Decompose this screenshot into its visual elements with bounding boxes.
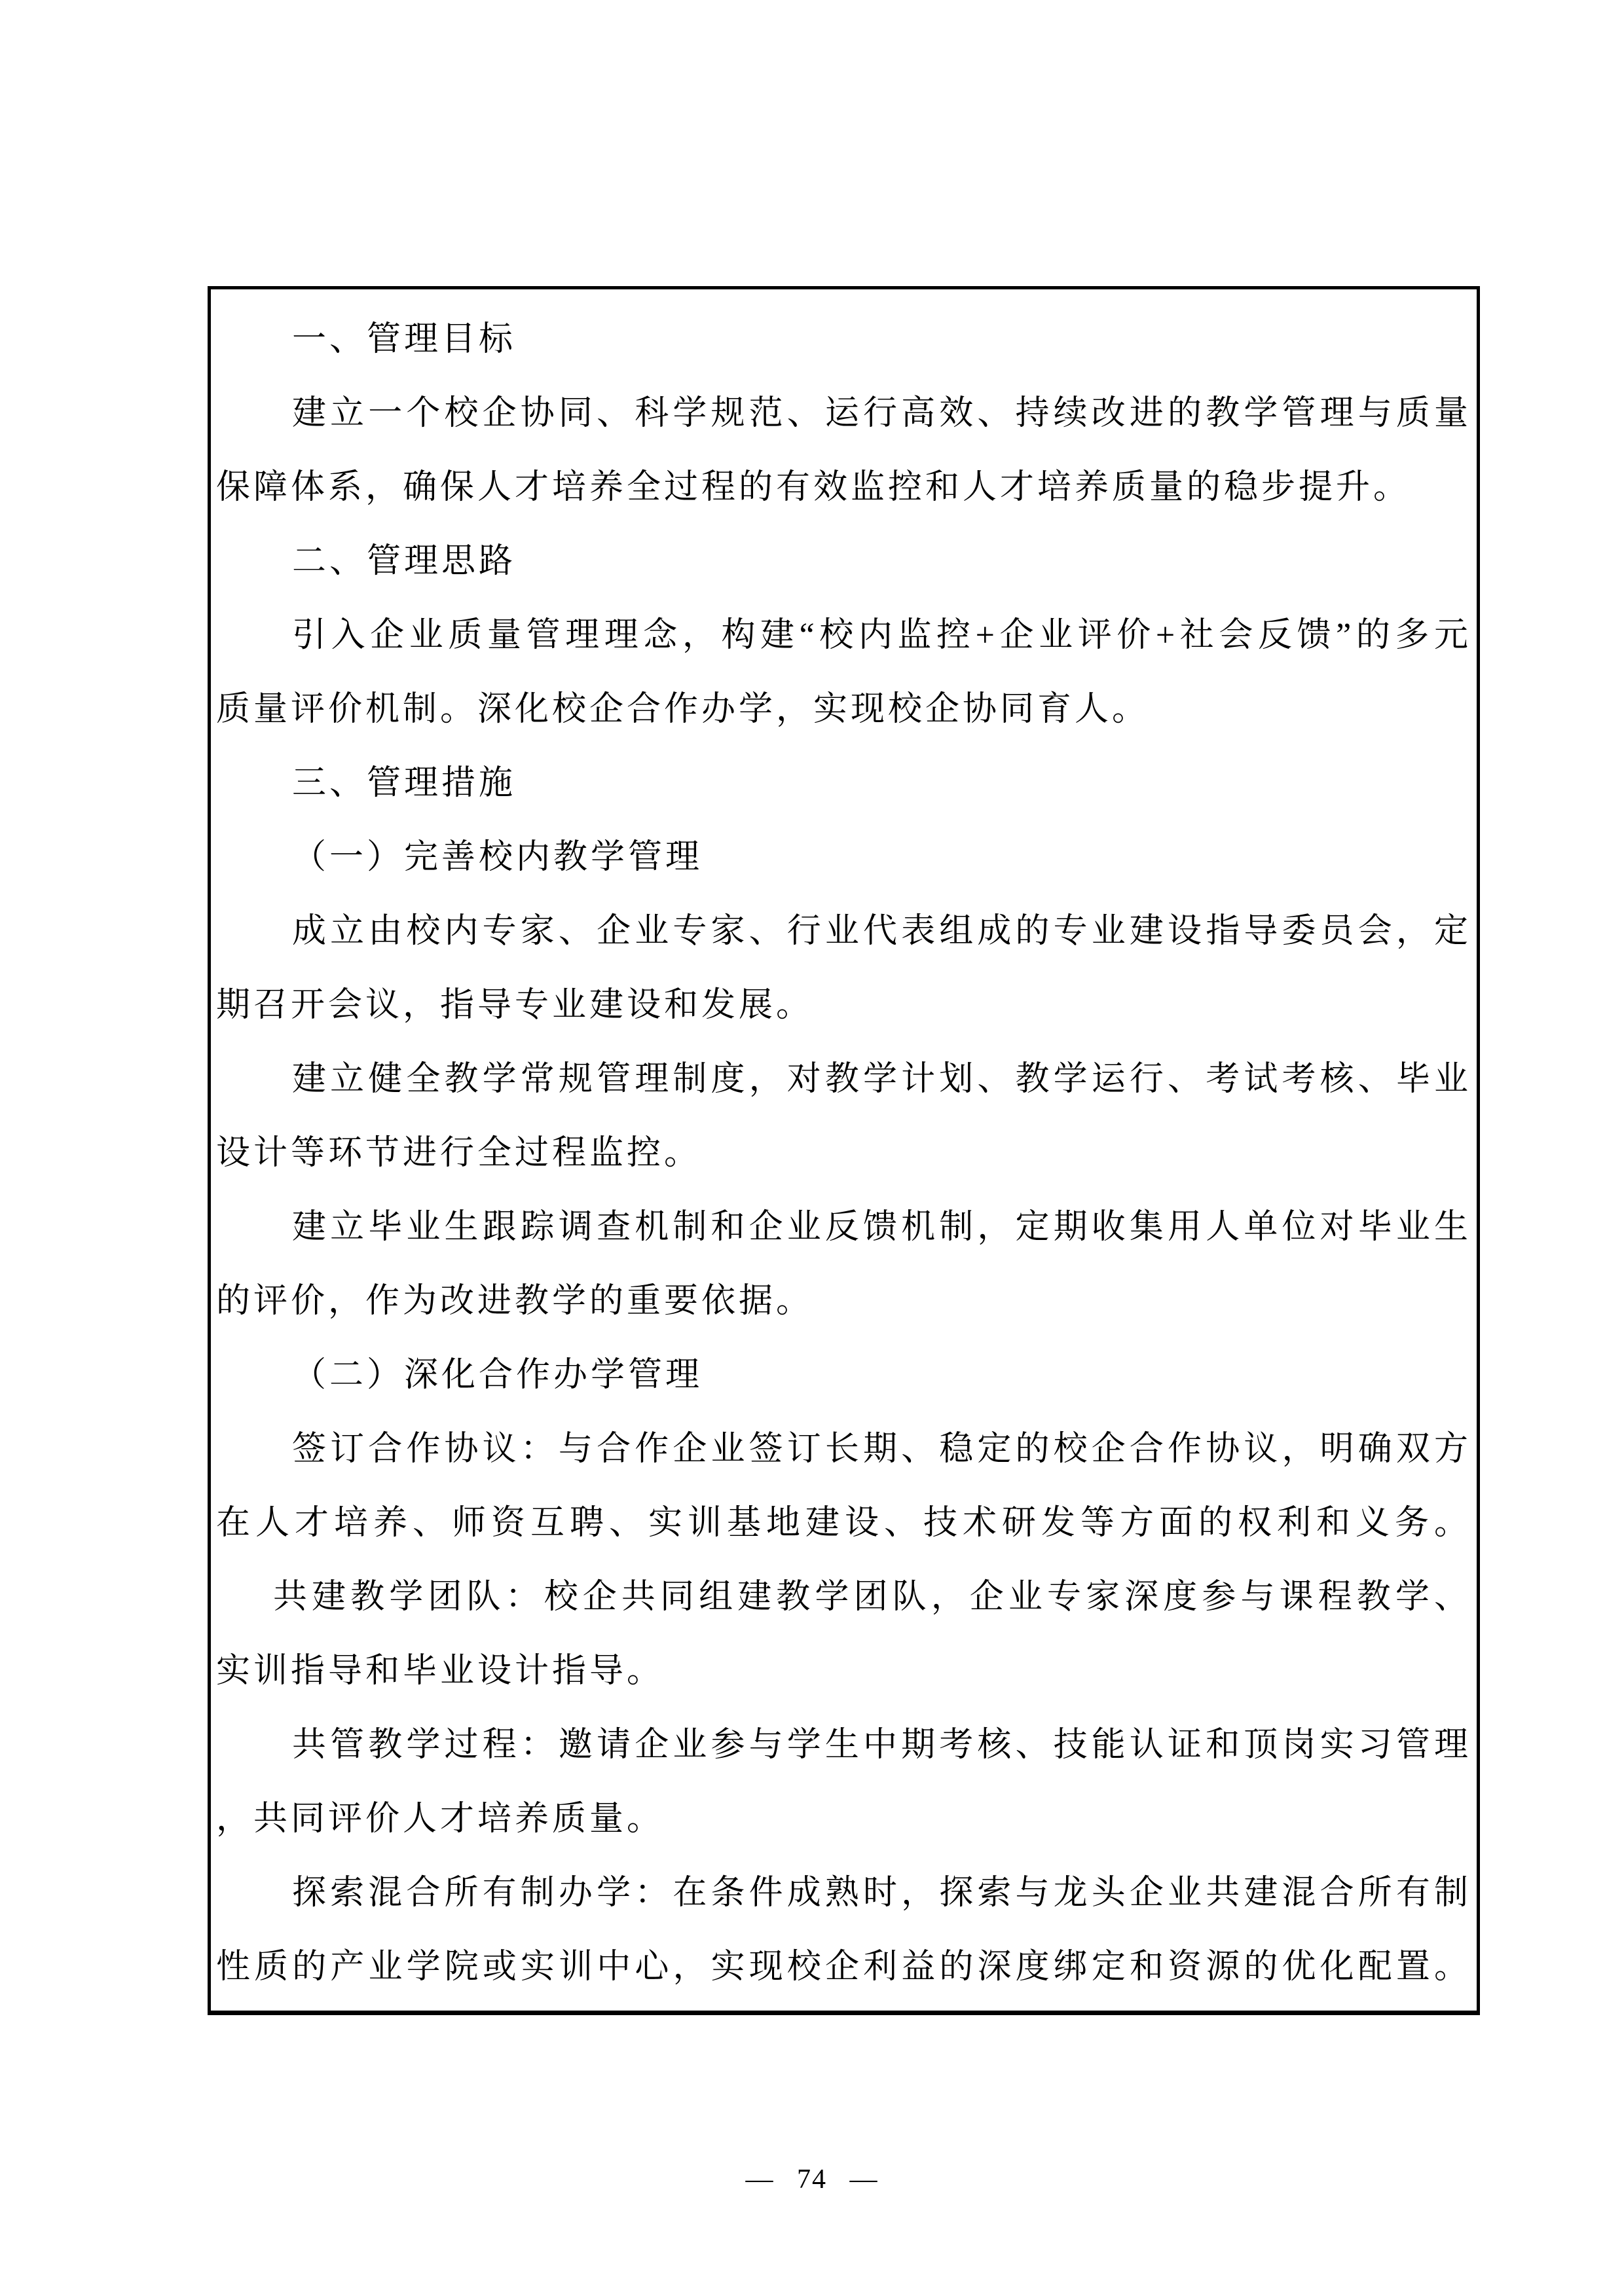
text-line: 建立一个校企协同、科学规范、运行高效、持续改进的教学管理与质量 <box>216 376 1471 450</box>
text-line: （一）完善校内教学管理 <box>216 820 1471 894</box>
text-line: 在人才培养、师资互聘、实训基地建设、技术研发等方面的权利和义务。 <box>216 1486 1471 1560</box>
page-number: — 74 — <box>0 2164 1624 2195</box>
document-body: 一、管理目标建立一个校企协同、科学规范、运行高效、持续改进的教学管理与质量保障体… <box>216 302 1471 2004</box>
text-line: 实训指导和毕业设计指导。 <box>216 1634 1471 1708</box>
text-line: 二、管理思路 <box>216 524 1471 598</box>
text-line: 建立健全教学常规管理制度，对教学计划、教学运行、考试考核、毕业 <box>216 1042 1471 1116</box>
text-line: （二）深化合作办学管理 <box>216 1338 1471 1412</box>
page-number-label: — 74 — <box>746 2164 879 2195</box>
text-line: 保障体系，确保人才培养全过程的有效监控和人才培养质量的稳步提升。 <box>216 450 1471 524</box>
text-line: 成立由校内专家、企业专家、行业代表组成的专业建设指导委员会，定 <box>216 894 1471 968</box>
text-line: 共管教学过程：邀请企业参与学生中期考核、技能认证和顶岗实习管理 <box>216 1708 1471 1782</box>
text-line: 设计等环节进行全过程监控。 <box>216 1116 1471 1190</box>
text-line: 探索混合所有制办学：在条件成熟时，探索与龙头企业共建混合所有制 <box>216 1856 1471 1930</box>
text-line: 性质的产业学院或实训中心，实现校企利益的深度绑定和资源的优化配置。 <box>216 1930 1471 2004</box>
text-line: 签订合作协议：与合作企业签订长期、稳定的校企合作协议，明确双方 <box>216 1412 1471 1486</box>
text-line: 质量评价机制。深化校企合作办学，实现校企协同育人。 <box>216 672 1471 746</box>
text-line: 的评价，作为改进教学的重要依据。 <box>216 1264 1471 1338</box>
text-line: 建立毕业生跟踪调查机制和企业反馈机制，定期收集用人单位对毕业生 <box>216 1190 1471 1264</box>
document-page: 一、管理目标建立一个校企协同、科学规范、运行高效、持续改进的教学管理与质量保障体… <box>0 0 1624 2296</box>
text-line: 期召开会议，指导专业建设和发展。 <box>216 968 1471 1042</box>
text-line: 共建教学团队：校企共同组建教学团队，企业专家深度参与课程教学、 <box>216 1560 1471 1634</box>
content-border-box: 一、管理目标建立一个校企协同、科学规范、运行高效、持续改进的教学管理与质量保障体… <box>208 286 1480 2015</box>
text-line: 三、管理措施 <box>216 746 1471 820</box>
text-line: 引入企业质量管理理念，构建“校内监控+企业评价+社会反馈”的多元 <box>216 598 1471 672</box>
text-line: ，共同评价人才培养质量。 <box>216 1782 1471 1856</box>
text-line: 一、管理目标 <box>216 302 1471 376</box>
